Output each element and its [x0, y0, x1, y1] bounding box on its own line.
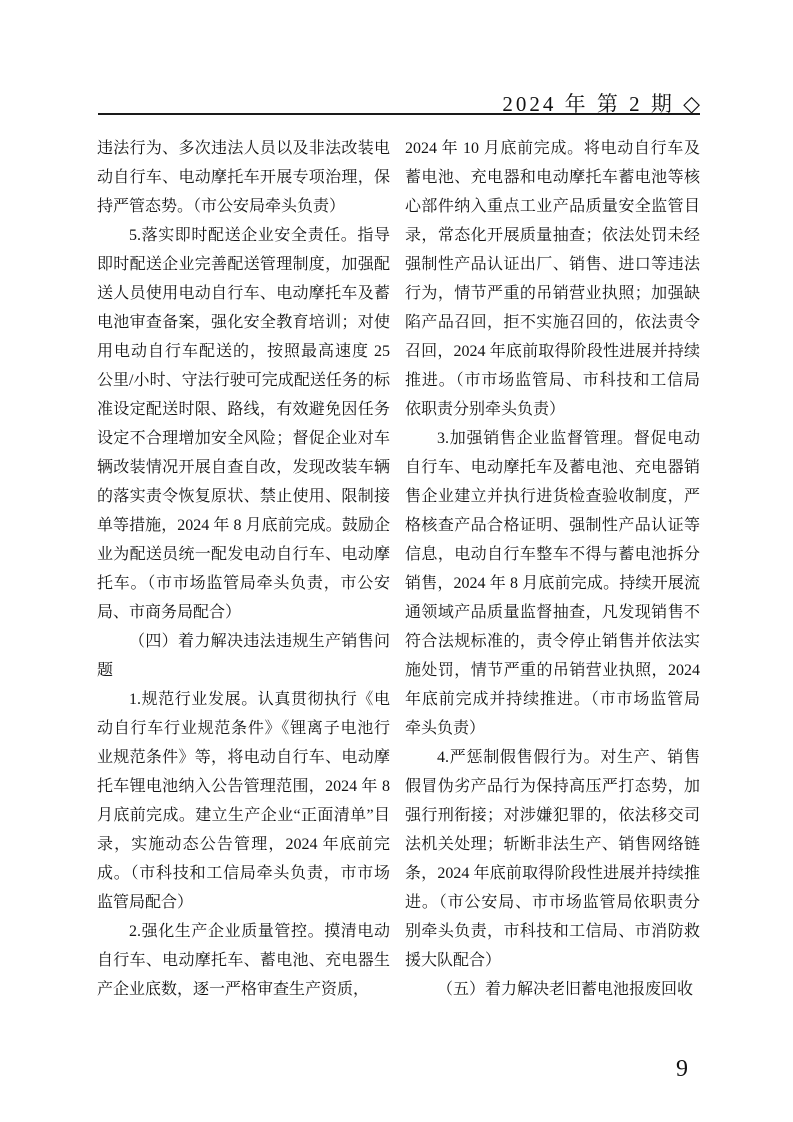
- document-page: 2024 年 第 2 期 ◇ 违法行为、多次违法人员以及非法改装电动自行车、电动…: [0, 0, 793, 1122]
- paragraph: （五）着力解决老旧蓄电池报废回收: [405, 975, 700, 1004]
- page-number: 9: [676, 1056, 688, 1083]
- paragraph: 5.落实即时配送企业安全责任。指导即时配送企业完善配送管理制度，加强配送人员使用…: [97, 221, 390, 627]
- paragraph: 2.强化生产企业质量管控。摸清电动自行车、电动摩托车、蓄电池、充电器生产企业底数…: [97, 917, 390, 1004]
- paragraph: 2024 年 10 月底前完成。将电动自行车及蓄电池、充电器和电动摩托车蓄电池等…: [405, 134, 700, 424]
- paragraph: 3.加强销售企业监督管理。督促电动自行车、电动摩托车及蓄电池、充电器销售企业建立…: [405, 424, 700, 743]
- paragraph: 违法行为、多次违法人员以及非法改装电动自行车、电动摩托车开展专项治理，保持严管态…: [97, 134, 390, 221]
- header-rule: [98, 113, 700, 115]
- paragraph: （四）着力解决违法违规生产销售问题: [97, 627, 390, 685]
- paragraph: 4.严惩制假售假行为。对生产、销售假冒伪劣产品行为保持高压严打态势，加强行刑衔接…: [405, 743, 700, 975]
- left-column: 违法行为、多次违法人员以及非法改装电动自行车、电动摩托车开展专项治理，保持严管态…: [97, 134, 390, 1004]
- right-column: 2024 年 10 月底前完成。将电动自行车及蓄电池、充电器和电动摩托车蓄电池等…: [405, 134, 700, 1004]
- paragraph: 1.规范行业发展。认真贯彻执行《电动自行车行业规范条件》《锂离子电池行业规范条件…: [97, 685, 390, 917]
- text-columns: 违法行为、多次违法人员以及非法改装电动自行车、电动摩托车开展专项治理，保持严管态…: [97, 134, 700, 1004]
